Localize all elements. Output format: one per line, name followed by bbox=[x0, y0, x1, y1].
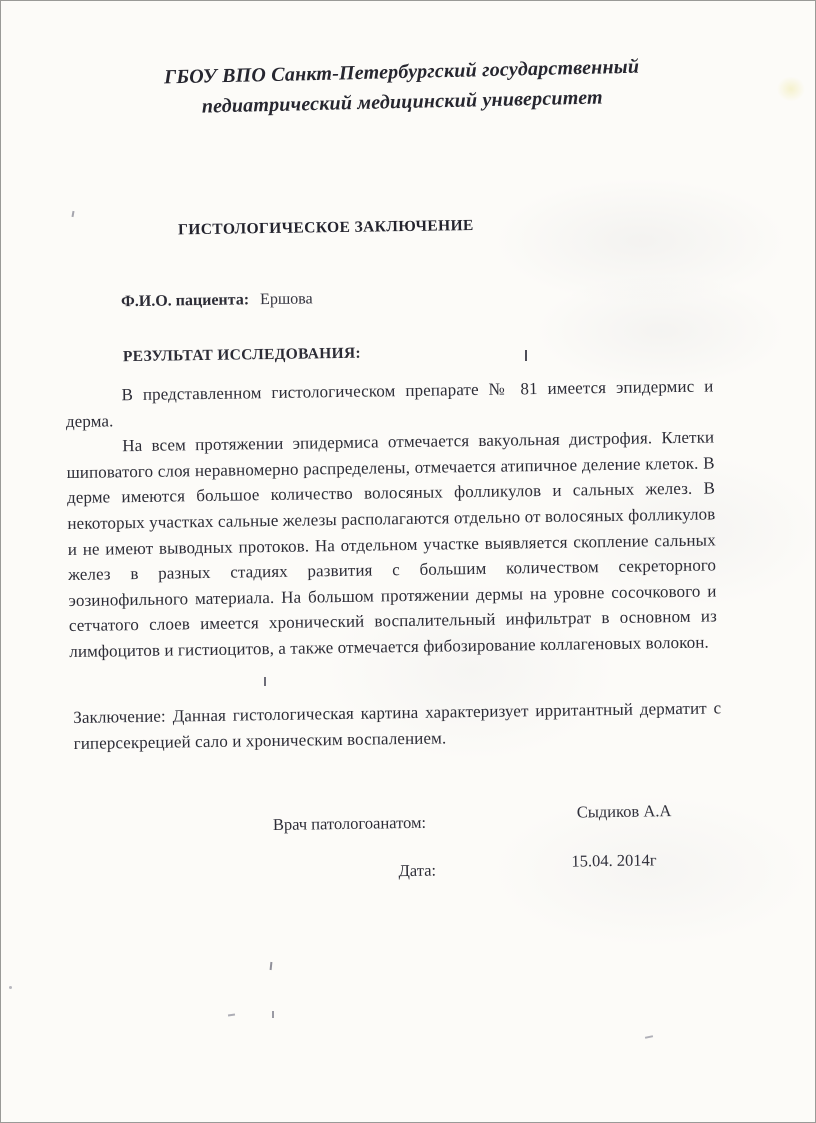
result-body: В представленном гистологическом препара… bbox=[65, 373, 717, 664]
document-content: ГБОУ ВПО Санкт-Петербургский государстве… bbox=[0, 0, 816, 1123]
letterhead: ГБОУ ВПО Санкт-Петербургский государстве… bbox=[0, 48, 811, 126]
patient-name-value: Ершова bbox=[260, 290, 313, 308]
date-label: Дата: bbox=[398, 861, 436, 882]
scanned-document-page: ГБОУ ВПО Санкт-Петербургский государстве… bbox=[0, 0, 816, 1123]
result-section-heading: РЕЗУЛЬТАТ ИССЛЕДОВАНИЯ: bbox=[123, 345, 361, 367]
patient-line: Ф.И.О. пациента:Ершова bbox=[121, 290, 313, 311]
date-value: 15.04. 2014г bbox=[571, 850, 656, 871]
conclusion-paragraph: Заключение: Данная гистологическая карти… bbox=[73, 695, 722, 757]
conclusion-label: Заключение: bbox=[73, 707, 166, 727]
document-title: ГИСТОЛОГИЧЕСКОЕ ЗАКЛЮЧЕНИЕ bbox=[178, 217, 474, 239]
doctor-label: Врач патологоанатом: bbox=[273, 813, 426, 835]
patient-name-label: Ф.И.О. пациента: bbox=[121, 291, 249, 310]
conclusion-text: Данная гистологическая картина характери… bbox=[74, 698, 722, 753]
result-paragraph-2: На всем протяжении эпидермиса отмечается… bbox=[66, 425, 717, 665]
doctor-name: Сыдиков А.А bbox=[577, 801, 672, 822]
